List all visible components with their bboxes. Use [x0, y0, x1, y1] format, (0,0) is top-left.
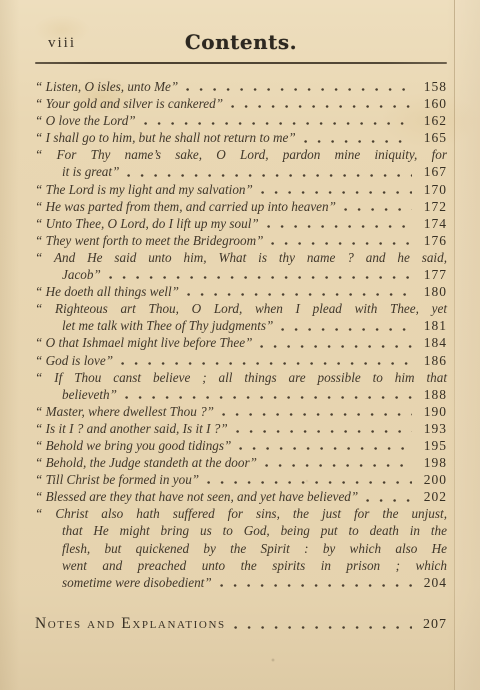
page-number: 177 [421, 266, 447, 283]
dot-leader [304, 129, 412, 146]
toc-entry: “ I shall go to him, but he shall not re… [35, 129, 447, 146]
dot-leader [267, 215, 412, 232]
toc-entry-title: “ O that Ishmael might live before Thee” [35, 334, 252, 351]
page-number: 195 [421, 437, 447, 454]
toc-entry-line: “ And He said unto him, What is thy name… [35, 249, 447, 266]
toc-entry: “ O that Ishmael might live before Thee”… [35, 334, 447, 351]
toc-entry-notes: Notes and Explanations 207 [35, 615, 447, 633]
toc-entry: “ The Lord is my light and my salvation”… [35, 181, 447, 198]
toc-entry-title: “ He was parted from them, and carried u… [35, 198, 336, 215]
page-number: 160 [421, 95, 447, 112]
book-page: viii Contents. “ Listen, O isles, unto M… [0, 0, 480, 690]
toc-entry-title: Jacob” [62, 266, 101, 283]
dot-leader [281, 317, 412, 334]
page-number: 207 [421, 617, 447, 633]
toc-entry: “ Till Christ be formed in you”200 [35, 471, 447, 488]
dot-leader [236, 420, 412, 437]
page-number: 188 [421, 386, 447, 403]
toc-entry: “ And He said unto him, What is thy name… [35, 249, 447, 283]
toc-entry-line: “ The Lord is my light and my salvation”… [35, 181, 447, 198]
toc-entry-title: “ Behold we bring you good tidings” [35, 437, 231, 454]
page-edge-strip [455, 0, 480, 690]
toc-entry: “ Behold we bring you good tidings”195 [35, 437, 447, 454]
page-number: 190 [421, 403, 447, 420]
toc-entry: “ Is it I ? and another said, Is it I ?”… [35, 420, 447, 437]
page-number: 193 [421, 420, 447, 437]
toc-entry-title: “ Unto Thee, O Lord, do I lift up my sou… [35, 215, 259, 232]
toc-entry-title: “ Blessed are they that have not seen, a… [35, 488, 358, 505]
dot-leader [366, 488, 412, 505]
toc-entry-line: “ He was parted from them, and carried u… [35, 198, 447, 215]
toc-entry-line: “ Behold, the Judge standeth at the door… [35, 454, 447, 471]
toc-entry: “ Unto Thee, O Lord, do I lift up my sou… [35, 215, 447, 232]
toc-entry-title: “ He doeth all things well” [35, 283, 179, 300]
toc-entry-title: “ I shall go to him, but he shall not re… [35, 129, 296, 146]
page-number: 174 [421, 215, 447, 232]
toc-entry-line: “ Christ also hath suffered for sins, th… [35, 505, 447, 522]
dot-leader [121, 352, 412, 369]
dot-leader [344, 198, 412, 215]
toc-entry: “ O love the Lord”162 [35, 112, 447, 129]
toc-entry-line: “ Till Christ be formed in you”200 [35, 471, 447, 488]
toc-entry-title: “ They went forth to meet the Bridegroom… [35, 232, 263, 249]
toc-entry-title: “ The Lord is my light and my salvation” [35, 181, 253, 198]
page-header: viii Contents. [35, 30, 447, 53]
dot-leader [186, 78, 412, 95]
dot-leader [144, 112, 412, 129]
toc-entry: “ God is love”186 [35, 352, 447, 369]
toc-entry: “ They went forth to meet the Bridegroom… [35, 232, 447, 249]
dot-leader [125, 386, 412, 403]
dot-leader [261, 181, 412, 198]
toc-entry: “ He doeth all things well”180 [35, 283, 447, 300]
toc-entry-line: that He might bring us to God, being put… [35, 522, 447, 539]
dot-leader [222, 403, 412, 420]
toc-entry-line: “ Blessed are they that have not seen, a… [35, 488, 447, 505]
toc-entry-line: “ O that Ishmael might live before Thee”… [35, 334, 447, 351]
notes-label: Notes and Explanations [35, 615, 226, 633]
toc-entry-line: it is great”167 [35, 163, 447, 180]
page-number: 200 [421, 471, 447, 488]
page-number: 172 [421, 198, 447, 215]
dot-leader [271, 232, 412, 249]
toc-entry: “ Blessed are they that have not seen, a… [35, 488, 447, 505]
toc-entry-title: “ God is love” [35, 352, 113, 369]
toc-entry-line: “ He doeth all things well”180 [35, 283, 447, 300]
toc-entry-line: “ Master, where dwellest Thou ?”190 [35, 403, 447, 420]
toc-entry-line: “ O love the Lord”162 [35, 112, 447, 129]
dot-leader [260, 334, 412, 351]
dot-leader [234, 615, 412, 633]
toc-entry-title: “ Listen, O isles, unto Me” [35, 78, 178, 95]
toc-entry: “ Your gold and silver is cankered”160 [35, 95, 447, 112]
toc-list: “ Listen, O isles, unto Me”158“ Your gol… [35, 78, 447, 591]
page-title: Contents. [35, 30, 447, 54]
page-number: 165 [421, 129, 447, 146]
toc-entry-title: let me talk with Thee of Thy judgments” [62, 317, 273, 334]
dot-leader [220, 574, 412, 591]
toc-entry-title: “ Master, where dwellest Thou ?” [35, 403, 214, 420]
toc-entry-line: “ Unto Thee, O Lord, do I lift up my sou… [35, 215, 447, 232]
toc-entry-line: let me talk with Thee of Thy judgments”1… [35, 317, 447, 334]
toc-entry-line: flesh, but quickened by the Spirit : by … [35, 540, 447, 557]
toc-entry-title: it is great” [62, 163, 119, 180]
dot-leader [231, 95, 412, 112]
toc-entry-line: went and preached unto the spirits in pr… [35, 557, 447, 574]
toc-entry-title: sometime were disobedient” [62, 574, 212, 591]
page-number: 167 [421, 163, 447, 180]
toc-entry: “ Behold, the Judge standeth at the door… [35, 454, 447, 471]
toc-entry-line: “ Is it I ? and another said, Is it I ?”… [35, 420, 447, 437]
toc-entry: “ He was parted from them, and carried u… [35, 198, 447, 215]
toc-entry-line: Jacob”177 [35, 266, 447, 283]
page-number: 202 [421, 488, 447, 505]
page-number: 181 [421, 317, 447, 334]
dot-leader [239, 437, 412, 454]
toc-entry-line: “ For Thy name’s sake, O Lord, pardon mi… [35, 146, 447, 163]
page-number: 180 [421, 283, 447, 300]
toc-entry-line: sometime were disobedient”204 [35, 574, 447, 591]
dot-leader [187, 283, 412, 300]
toc-entry-title: “ Behold, the Judge standeth at the door… [35, 454, 257, 471]
page-content: viii Contents. “ Listen, O isles, unto M… [35, 0, 447, 633]
toc-entry-line: “ They went forth to meet the Bridegroom… [35, 232, 447, 249]
page-number: 184 [421, 334, 447, 351]
dot-leader [127, 163, 412, 180]
header-rule [35, 62, 447, 64]
toc-entry-line: “ Behold we bring you good tidings”195 [35, 437, 447, 454]
dot-leader [207, 471, 412, 488]
page-number: 204 [421, 574, 447, 591]
toc-entry-title: “ Till Christ be formed in you” [35, 471, 199, 488]
toc-entry: “ Master, where dwellest Thou ?”190 [35, 403, 447, 420]
toc-entry-title: “ Is it I ? and another said, Is it I ?” [35, 420, 228, 437]
toc-entry-title: believeth” [62, 386, 117, 403]
toc-entry: “ If Thou canst believe ; all things are… [35, 369, 447, 403]
dot-leader [109, 266, 412, 283]
dot-leader [265, 454, 412, 471]
page-number: 162 [421, 112, 447, 129]
page-number: 158 [421, 78, 447, 95]
toc-entry: “ For Thy name’s sake, O Lord, pardon mi… [35, 146, 447, 180]
page-number: 170 [421, 181, 447, 198]
toc-entry-line: “ Listen, O isles, unto Me”158 [35, 78, 447, 95]
toc-entry-line: “ Righteous art Thou, O Lord, when I ple… [35, 300, 447, 317]
toc-entry: “ Christ also hath suffered for sins, th… [35, 505, 447, 590]
toc-entry-line: “ If Thou canst believe ; all things are… [35, 369, 447, 386]
toc-entry-line: “ God is love”186 [35, 352, 447, 369]
toc-entry-line: “ Your gold and silver is cankered”160 [35, 95, 447, 112]
toc-entry: “ Listen, O isles, unto Me”158 [35, 78, 447, 95]
toc-entry-line: “ I shall go to him, but he shall not re… [35, 129, 447, 146]
page-number: 198 [421, 454, 447, 471]
toc-entry-line: believeth”188 [35, 386, 447, 403]
page-number: 176 [421, 232, 447, 249]
page-number: 186 [421, 352, 447, 369]
toc-entry-title: “ Your gold and silver is cankered” [35, 95, 223, 112]
toc-entry: “ Righteous art Thou, O Lord, when I ple… [35, 300, 447, 334]
toc-entry-title: “ O love the Lord” [35, 112, 136, 129]
